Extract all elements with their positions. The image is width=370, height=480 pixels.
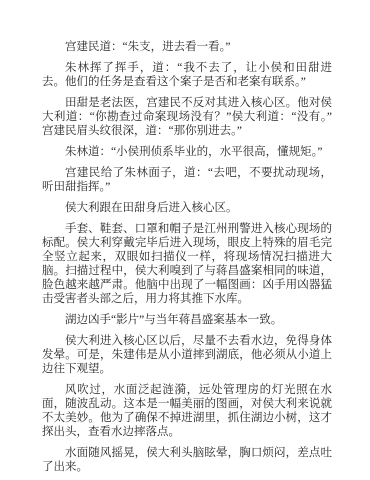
paragraph: 宫建民道：“朱支，进去看一看。” [42,40,332,54]
paragraph: 朱林挥了挥手，道：“我不去了，让小侯和田甜进去。他们的任务是查看这个案子是否和老… [42,61,332,89]
paragraph: 侯大利跟在田甜身后进入核心区。 [42,201,332,215]
paragraph: 田甜是老法医，宫建民不反对其进入核心区。他对侯大利道：“你勘查过命案现场没有？”… [42,96,332,138]
paragraph: 风吹过，水面泛起涟漪，远处管理房的灯光照在水面，随波乱动。这本是一幅美丽的图画，… [42,383,332,439]
paragraph: 手套、鞋套、口罩和帽子是江州刑警进入核心现场的标配。侯大利穿戴完毕后进入现场，眼… [42,222,332,306]
paragraph: 湖边凶手“影片”与当年蒋昌盛案基本一致。 [42,313,332,327]
reader-page: 宫建民道：“朱支，进去看一看。”朱林挥了挥手，道：“我不去了，让小侯和田甜进去。… [0,0,370,480]
paragraph: 侯大利进入核心区以后，尽量不去看水边，免得身体发晕。可是，朱建伟是从小道摔到湖底… [42,334,332,376]
paragraph: 朱林道：“小侯刑侦系毕业的，水平很高，懂规矩。” [42,145,332,159]
paragraph: 宫建民给了朱林面子，道：“去吧，不要扰动现场，听田甜指挥。” [42,166,332,194]
page-body: 宫建民道：“朱支，进去看一看。”朱林挥了挥手，道：“我不去了，让小侯和田甜进去。… [42,40,332,474]
paragraph: 水面随风摇晃，侯大利头脑眩晕，胸口烦闷，差点吐了出来。 [42,446,332,474]
